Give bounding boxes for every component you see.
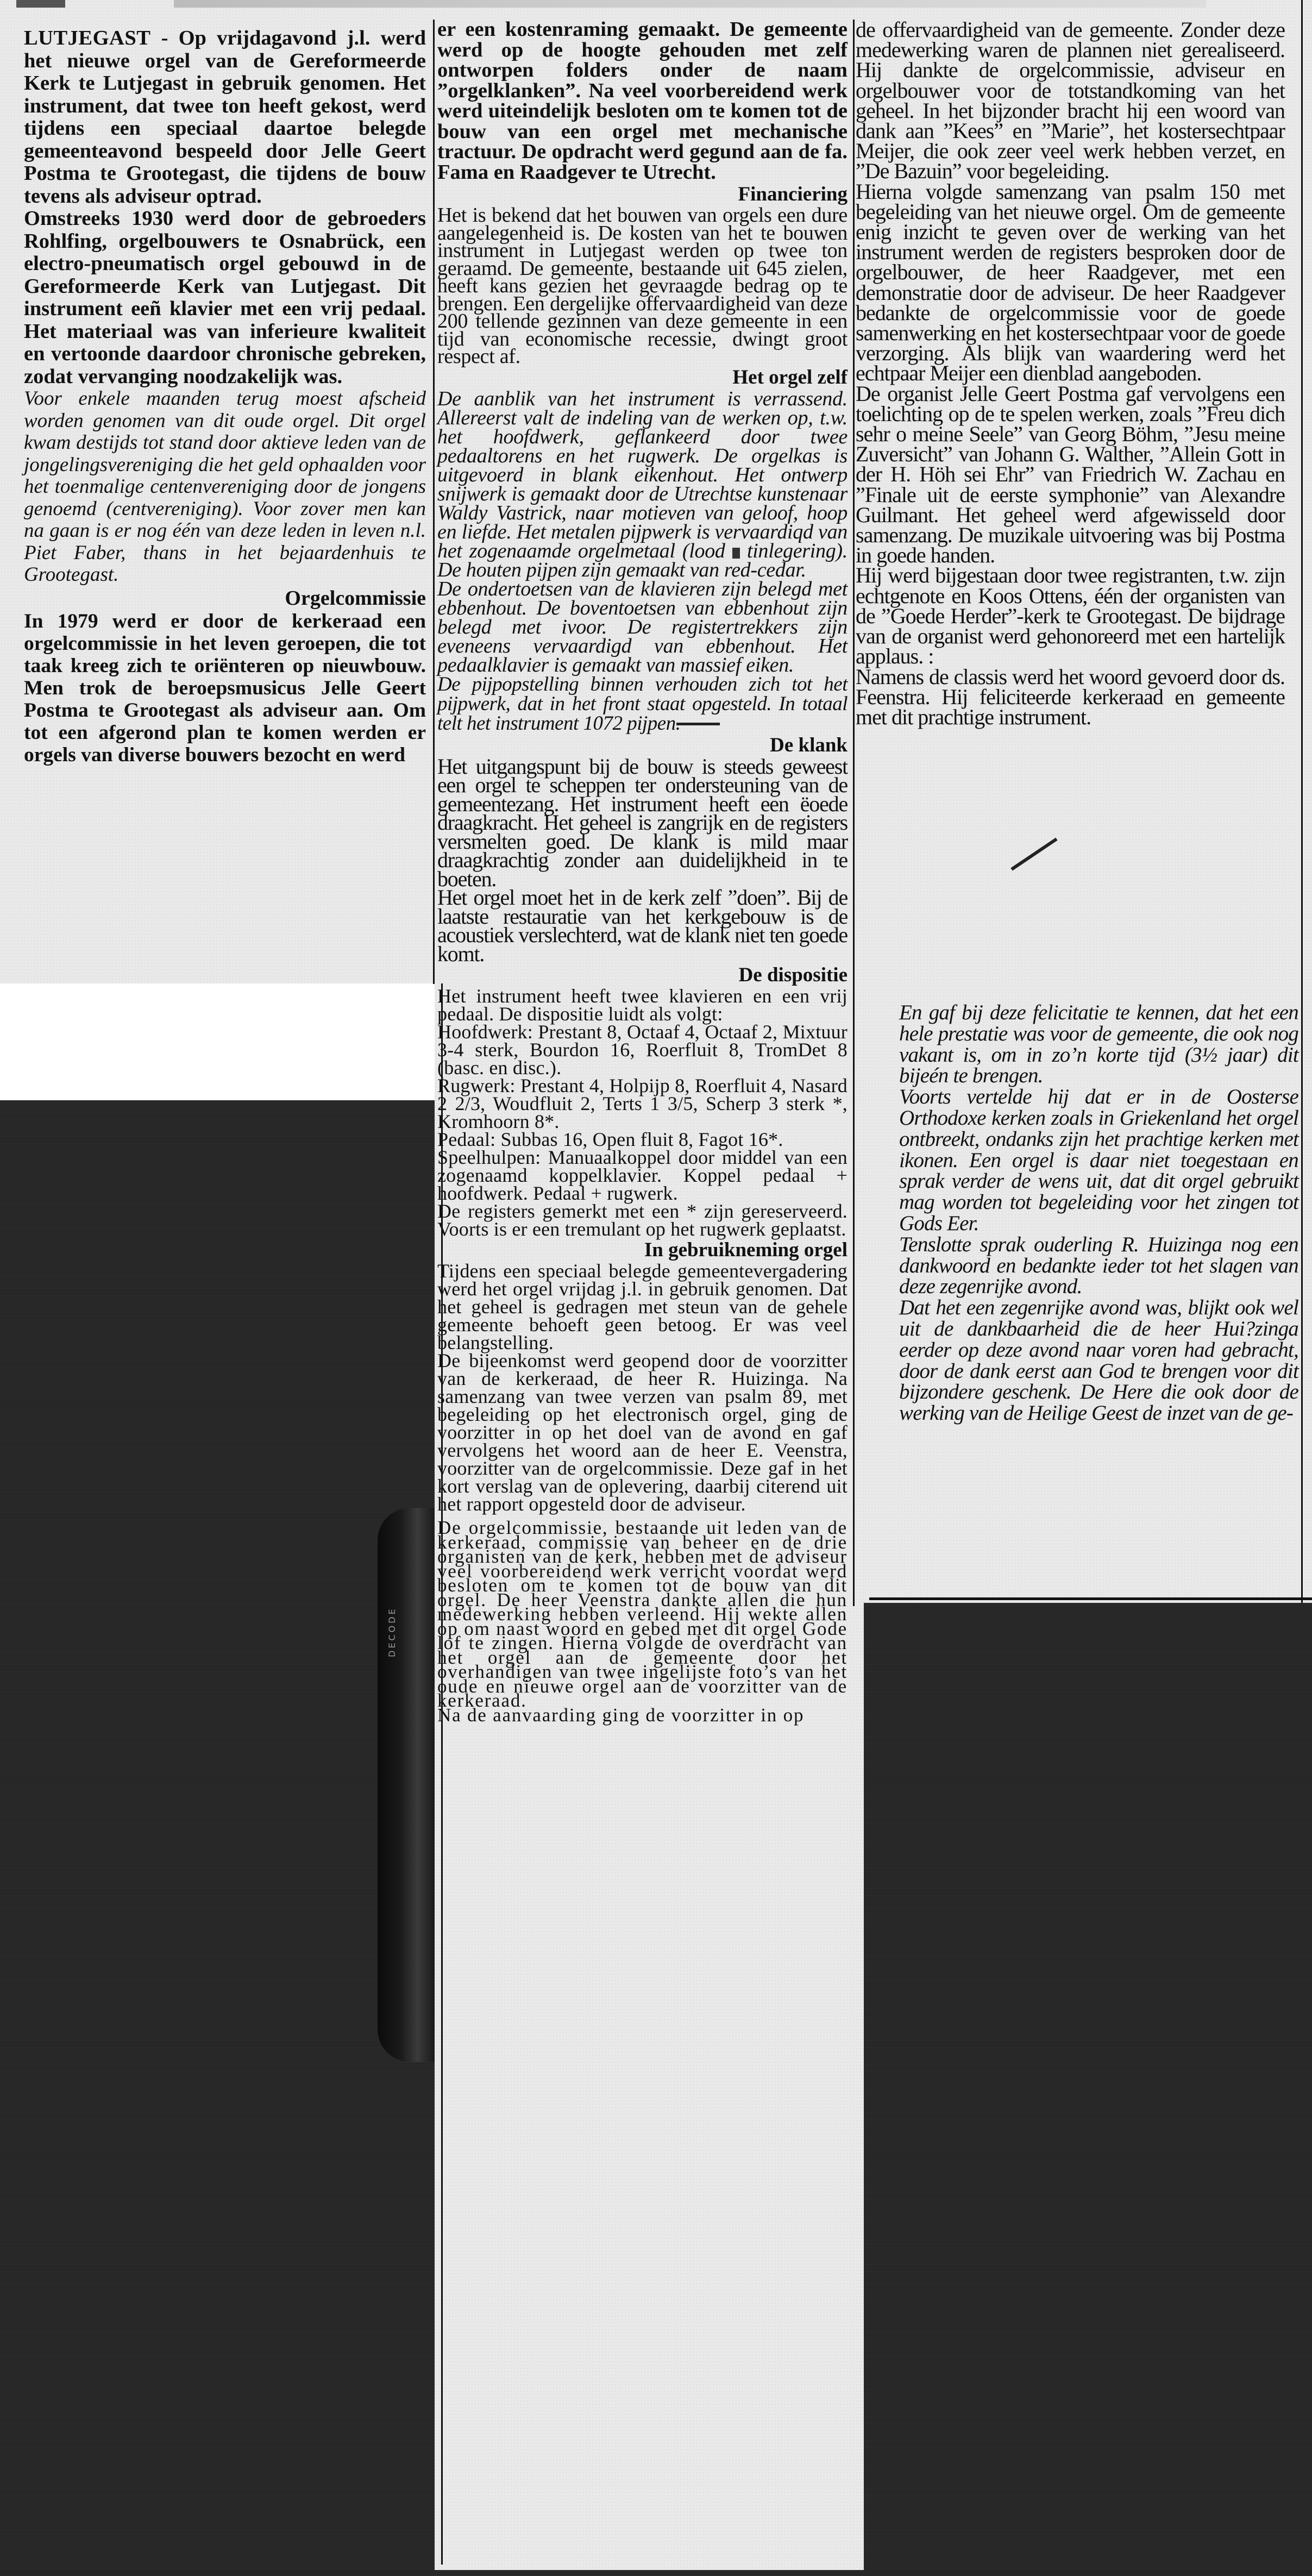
- column-rule-right: [853, 20, 855, 1606]
- history-paragraph: Omstreeks 1930 werd door de gebroeders R…: [24, 208, 426, 388]
- italic-paragraph-4: Dat het een zegenrijke avond was, blijkt…: [899, 1298, 1298, 1424]
- article-column-right: de offervaardigheid van de gemeente. Zon…: [856, 20, 1285, 727]
- italic-paragraph-2: Voorts vertelde hij dat er in de Oosters…: [899, 1087, 1298, 1234]
- article-column-right-italic: En gaf bij deze felicitatie te kennen, d…: [899, 1002, 1298, 1424]
- dispositie-speelhulpen: Speelhulpen: Manuaalkoppel door middel v…: [437, 1149, 848, 1202]
- subhead-orgelcommissie: Orgelcommissie: [24, 586, 426, 610]
- right-paragraph-5: Namens de classis werd het woord gevoerd…: [856, 667, 1285, 728]
- klank-paragraph-2: Het orgel moet het in de kerk zelf ”doen…: [437, 888, 848, 963]
- ingebruik-paragraph-2: De bijeenkomst werd geopend door de voor…: [437, 1352, 848, 1513]
- subhead-ingebruikneming: In gebruikneming orgel: [437, 1238, 848, 1262]
- subhead-financiering: Financiering: [437, 183, 848, 206]
- continuation-paragraph: er een kostenraming gemaakt. De gemeente…: [437, 20, 848, 183]
- article-column-left: LUTJEGAST - Op vrijdagavond j.l. werd he…: [24, 27, 426, 766]
- orgel-zelf-text-a: De aanblik van het instrument is verrass…: [437, 387, 848, 562]
- orgel-zelf-paragraph-2: De ondertoetsen van de klavieren zijn be…: [437, 580, 848, 675]
- print-artifact-square-icon: [732, 548, 740, 559]
- white-gap: [0, 983, 435, 1100]
- dateline: LUTJEGAST: [24, 27, 150, 49]
- top-edge-mark: [16, 0, 65, 8]
- subhead-orgel-zelf: Het orgel zelf: [437, 366, 848, 390]
- italic-paragraph-3: Tenslotte sprak ouderling R. Huizinga no…: [899, 1234, 1298, 1298]
- dispositie-rugwerk: Rugwerk: Prestant 4, Holpijp 8, Roerflui…: [437, 1077, 848, 1131]
- top-edge-photo-strip: [174, 0, 1206, 8]
- financiering-paragraph: Het is bekend dat het bouwen van orgels …: [437, 206, 848, 366]
- orgelcommissie-paragraph: In 1979 werd er door de kerkeraad een or…: [24, 610, 426, 766]
- right-paragraph-1: de offervaardigheid van de gemeente. Zon…: [856, 20, 1285, 181]
- lead-text: - Op vrijdagavond j.l. werd het nieuwe o…: [24, 27, 426, 208]
- bottom-rule-right: [869, 1597, 1312, 1600]
- column-rule-left: [433, 20, 435, 984]
- article-column-middle: er een kostenraming gemaakt. De gemeente…: [437, 20, 848, 1722]
- phone-case-object: [378, 1508, 435, 2062]
- phone-case-label: DECODE: [387, 1554, 398, 1657]
- klank-paragraph-1: Het uitgangspunt bij de bouw is steeds g…: [437, 757, 848, 889]
- lead-paragraph: LUTJEGAST - Op vrijdagavond j.l. werd he…: [24, 27, 426, 208]
- ingebruik-paragraph-1: Tijdens een speciaal belegde gemeentever…: [437, 1262, 848, 1352]
- orgel-zelf-paragraph-3: De pijpopstelling binnen verhouden zich …: [437, 675, 848, 734]
- italic-paragraph-1: En gaf bij deze felicitatie te kennen, d…: [899, 1002, 1298, 1087]
- dispositie-note: De registers gemerkt met een * zijn gere…: [437, 1202, 848, 1238]
- right-paragraph-2: Hierna volgde samenzang van psalm 150 me…: [856, 181, 1285, 384]
- dispositie-hoofdwerk: Hoofdwerk: Prestant 8, Octaaf 4, Octaaf …: [437, 1023, 848, 1077]
- ingebruik-paragraph-3: De orgelcommissie, bestaande uit leden v…: [437, 1521, 848, 1708]
- ingebruik-paragraph-4: Na de aanvaarding ging de voorzitter in …: [437, 1708, 848, 1723]
- right-paragraph-4: Hij werd bijgestaan door twee registrant…: [856, 565, 1285, 666]
- italic-inset-paragraph: Voor enkele maanden terug moest afscheid…: [24, 388, 426, 586]
- right-paragraph-3: De organist Jelle Geert Postma gaf vervo…: [856, 384, 1285, 566]
- orgel-zelf-paragraph-1: De aanblik van het instrument is verrass…: [437, 390, 848, 580]
- subhead-dispositie: De dispositie: [437, 963, 848, 987]
- dispositie-intro: Het instrument heeft twee klavieren en e…: [437, 987, 848, 1023]
- column-rule-far-right: [1301, 0, 1303, 1603]
- subhead-klank: De klank: [437, 734, 848, 757]
